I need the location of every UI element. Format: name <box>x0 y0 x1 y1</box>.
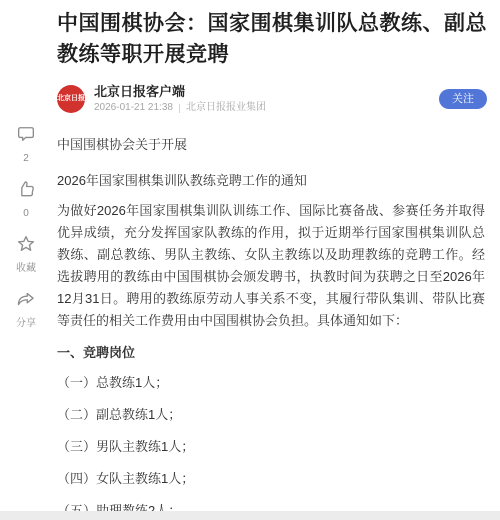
comment-bubble-icon <box>16 124 36 144</box>
position-item-3: （三）男队主教练1人； <box>57 436 485 458</box>
author-row: 北京日报 北京日报客户端 2026-01-21 21:38 北京日报报业集团 关… <box>57 83 487 115</box>
publish-source: 北京日报报业集团 <box>186 102 266 114</box>
meta-divider <box>179 104 180 113</box>
author-info: 北京日报客户端 2026-01-21 21:38 北京日报报业集团 <box>94 84 266 114</box>
article-page: 中国围棋协会：国家围棋集训队总教练、副总教练等职开展竞聘 北京日报 北京日报客户… <box>0 0 500 520</box>
article-body: 中国围棋协会关于开展 2026年国家围棋集训队教练竞聘工作的通知 为做好2026… <box>57 130 485 520</box>
intro-line: 中国围棋协会关于开展 <box>57 136 485 154</box>
publisher-avatar-text: 北京日报 <box>57 95 85 103</box>
favorite-label: 收藏 <box>16 263 36 274</box>
comment-button[interactable]: 2 <box>16 124 36 164</box>
publisher-avatar[interactable]: 北京日报 <box>57 85 85 113</box>
like-count: 0 <box>23 208 29 219</box>
publisher-name[interactable]: 北京日报客户端 <box>94 84 266 99</box>
star-icon <box>16 234 36 254</box>
position-item-4: （四）女队主教练1人； <box>57 468 485 490</box>
publish-date: 2026-01-21 21:38 <box>94 102 173 114</box>
main-paragraph: 为做好2026年国家围棋集训队训练工作、国际比赛备战、参赛任务并取得优异成绩，充… <box>57 200 485 332</box>
thumbs-up-icon <box>16 179 36 199</box>
follow-button[interactable]: 关注 <box>439 89 487 109</box>
action-rail: 2 0 收藏 分享 <box>4 124 48 344</box>
comment-count: 2 <box>23 153 29 164</box>
bottom-strip <box>0 511 500 520</box>
position-item-1: （一）总教练1人； <box>57 372 485 394</box>
section-heading: 一、竞聘岗位 <box>57 344 485 362</box>
article-title: 中国围棋协会：国家围棋集训队总教练、副总教练等职开展竞聘 <box>57 8 489 70</box>
like-button[interactable]: 0 <box>16 179 36 219</box>
share-label: 分享 <box>16 318 36 329</box>
position-item-2: （二）副总教练1人； <box>57 404 485 426</box>
publish-meta: 2026-01-21 21:38 北京日报报业集团 <box>94 102 266 114</box>
favorite-button[interactable]: 收藏 <box>16 234 36 274</box>
share-arrow-icon <box>16 289 36 309</box>
share-button[interactable]: 分享 <box>16 289 36 329</box>
notice-title: 2026年国家围棋集训队教练竞聘工作的通知 <box>57 172 485 190</box>
